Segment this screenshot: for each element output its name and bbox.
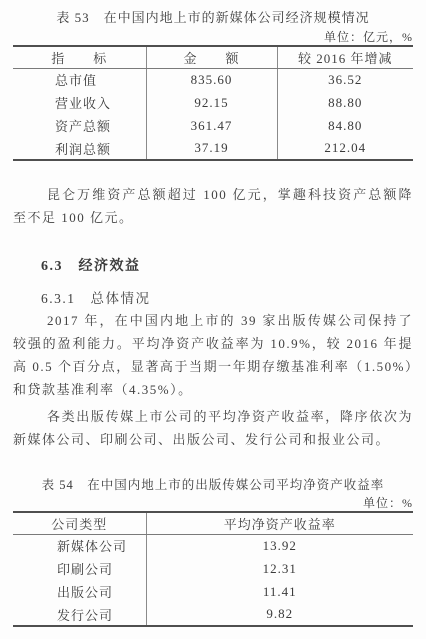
table54-cell: 11.41 <box>146 580 413 603</box>
table-row: 出版公司 11.41 <box>13 580 413 603</box>
subsection-heading-6-3-1: 6.3.1 总体情况 <box>41 292 413 306</box>
table53-cell: 37.19 <box>146 137 277 160</box>
paragraph-overview-2017: 2017 年，在中国内地上市的 39 家出版传媒公司保持了较强的盈利能力。平均净… <box>13 309 413 401</box>
table53-cell: 84.80 <box>277 114 413 137</box>
table53-cell: 营业收入 <box>13 91 146 114</box>
section-heading-6-3: 6.3 经济效益 <box>41 259 413 274</box>
table54-cell: 印刷公司 <box>13 557 146 580</box>
table53-header-row: 指 标 金 额 较 2016 年增减 <box>13 46 413 68</box>
table54-header-company-type: 公司类型 <box>13 512 146 534</box>
table53-cell: 361.47 <box>146 114 277 137</box>
table54-cell: 新媒体公司 <box>13 534 146 557</box>
table-row: 新媒体公司 13.92 <box>13 534 413 557</box>
table53-cell: 资产总额 <box>13 114 146 137</box>
table54-cell: 13.92 <box>146 534 413 557</box>
table53-cell: 92.15 <box>146 91 277 114</box>
table53-unit-label: 单位：亿元，% <box>13 29 413 45</box>
paragraph-kunlun-zhangqu: 昆仑万维资产总额超过 100 亿元，掌趣科技资产总额降至不足 100 亿元。 <box>13 183 413 229</box>
table-row: 资产总额 361.47 84.80 <box>13 114 413 137</box>
table54-cell: 9.82 <box>146 603 413 626</box>
document-page: 表 53 在中国内地上市的新媒体公司经济规模情况 单位：亿元，% 指 标 金 额… <box>0 0 426 639</box>
table54-header-roe: 平均净资产收益率 <box>146 512 413 534</box>
table53-header-indicator: 指 标 <box>13 46 146 68</box>
table-row: 发行公司 9.82 <box>13 603 413 626</box>
table54-cell: 出版公司 <box>13 580 146 603</box>
table54-caption: 表 54 在中国内地上市的出版传媒公司平均净资产收益率 <box>13 477 413 494</box>
table-row: 总市值 835.60 36.52 <box>13 68 413 91</box>
table54-cell: 12.31 <box>146 557 413 580</box>
table-row: 印刷公司 12.31 <box>13 557 413 580</box>
table53-caption: 表 53 在中国内地上市的新媒体公司经济规模情况 <box>13 0 413 27</box>
table54-unit-label: 单位：% <box>13 496 413 511</box>
paragraph-company-ranking: 各类出版传媒上市公司的平均净资产收益率，降序依次为新媒体公司、印刷公司、出版公司… <box>13 405 413 451</box>
table53-header-amount: 金 额 <box>146 46 277 68</box>
table53-cell: 总市值 <box>13 68 146 91</box>
table53-cell: 835.60 <box>146 68 277 91</box>
table53: 指 标 金 额 较 2016 年增减 总市值 835.60 36.52 营业收入… <box>13 45 413 161</box>
table54: 公司类型 平均净资产收益率 新媒体公司 13.92 印刷公司 12.31 出版公… <box>13 511 413 627</box>
table53-cell: 88.80 <box>277 91 413 114</box>
table-row: 利润总额 37.19 212.04 <box>13 137 413 160</box>
table-row: 营业收入 92.15 88.80 <box>13 91 413 114</box>
table53-cell: 212.04 <box>277 137 413 160</box>
table54-header-row: 公司类型 平均净资产收益率 <box>13 512 413 534</box>
table53-cell: 36.52 <box>277 68 413 91</box>
table53-cell: 利润总额 <box>13 137 146 160</box>
table54-cell: 发行公司 <box>13 603 146 626</box>
table53-header-change: 较 2016 年增减 <box>277 46 413 68</box>
